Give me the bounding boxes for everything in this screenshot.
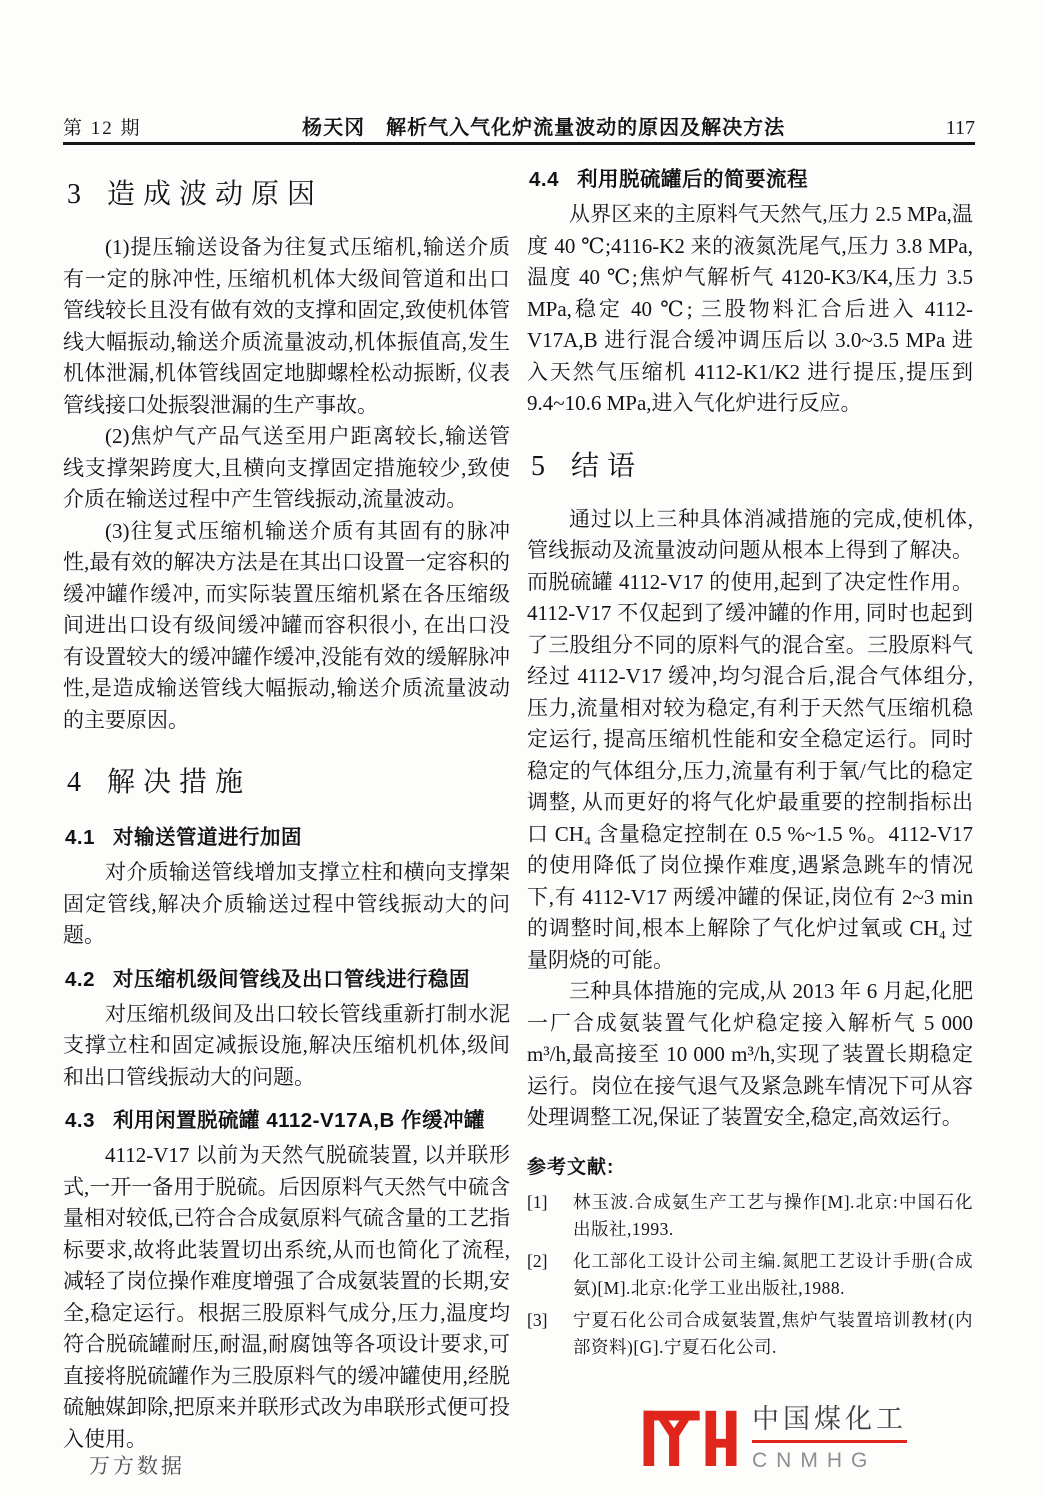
logo-cn-name: 中国煤化工 xyxy=(752,1397,907,1440)
header-rule xyxy=(63,142,975,145)
page-header: 第 12 期 杨天冈 解析气入气化炉流量波动的原因及解决方法 117 xyxy=(63,111,975,140)
subsection-number: 4.2 xyxy=(65,968,95,992)
subsection-number: 4.4 xyxy=(529,168,559,192)
section-title: 造成波动原因 xyxy=(107,172,323,212)
reference-marker: [3] xyxy=(527,1307,573,1361)
section-number: 3 xyxy=(67,179,81,211)
subsection-4-2-heading: 4.2 对压缩机级间管线及出口管线进行稳固 xyxy=(65,962,510,992)
cnmhg-logo-text: 中国煤化工 CNMHG xyxy=(752,1397,907,1473)
right-column: 4.4 利用脱硫罐后的简要流程 从界区来的主原料气天然气,压力 2.5 MPa,… xyxy=(527,158,973,1473)
paragraph: 4112-V17 以前为天然气脱硫装置, 以并联形式,一开一备用于脱硫。后因原料… xyxy=(63,1140,510,1455)
section-number: 4 xyxy=(67,767,81,799)
reference-text: 宁夏石化公司合成氨装置,焦炉气装置培训教材(内部资料)[G].宁夏石化公司. xyxy=(573,1307,973,1361)
subsection-number: 4.1 xyxy=(65,826,95,850)
reference-text: 林玉波.合成氨生产工艺与操作[M].北京:中国石化出版社,1993. xyxy=(573,1189,973,1243)
section-4-heading: 4 解决措施 xyxy=(67,760,510,800)
section-3-heading: 3 造成波动原因 xyxy=(67,172,510,212)
reference-marker: [1] xyxy=(527,1189,573,1243)
references-heading: 参考文献: xyxy=(527,1152,973,1179)
paragraph: (3)往复式压缩机输送介质有其固有的脉冲性,最有效的解决方法是在其出口设置一定容… xyxy=(63,516,510,737)
paragraph: (2)焦炉气产品气送至用户距离较长,输送管线支撑架跨度大,且横向支撑固定措施较少… xyxy=(63,421,510,516)
cnmhg-logo: 中国煤化工 CNMHG xyxy=(643,1397,907,1473)
logo-en-name: CNMHG xyxy=(752,1449,907,1473)
subsection-title: 利用脱硫罐后的简要流程 xyxy=(577,162,808,192)
left-column: 3 造成波动原因 (1)提压输送设备为往复式压缩机,输送介质有一定的脉冲性, 压… xyxy=(63,158,510,1455)
logo-underline xyxy=(752,1440,907,1443)
reference-item: [3] 宁夏石化公司合成氨装置,焦炉气装置培训教材(内部资料)[G].宁夏石化公… xyxy=(527,1307,973,1361)
subsection-title: 对压缩机级间管线及出口管线进行稳固 xyxy=(113,962,470,992)
reference-item: [1] 林玉波.合成氨生产工艺与操作[M].北京:中国石化出版社,1993. xyxy=(527,1189,973,1243)
section-5-heading: 5 结语 xyxy=(531,444,973,484)
paragraph: 通过以上三种具体消减措施的完成,使机体,管线振动及流量波动问题从根本上得到了解决… xyxy=(527,504,973,977)
cnmhg-logo-icon xyxy=(643,1404,737,1466)
section-title: 结语 xyxy=(571,444,643,484)
subsection-4-1-heading: 4.1 对输送管道进行加固 xyxy=(65,820,510,850)
paragraph: 三种具体措施的完成,从 2013 年 6 月起,化肥一厂合成氨装置气化炉稳定接入… xyxy=(527,976,973,1134)
paragraph: 对介质输送管线增加支撑立柱和横向支撑架固定管线,解决介质输送过程中管线振动大的问… xyxy=(63,857,510,952)
subsection-4-3-heading: 4.3 利用闲置脱硫罐 4112-V17A,B 作缓冲罐 xyxy=(65,1103,510,1133)
running-title: 杨天冈 解析气入气化炉流量波动的原因及解决方法 xyxy=(142,111,946,140)
subsection-4-4-heading: 4.4 利用脱硫罐后的简要流程 xyxy=(529,162,973,192)
subsection-number: 4.3 xyxy=(65,1109,95,1133)
reference-item: [2] 化工部化工设计公司主编.氮肥工艺设计手册(合成氨)[M].北京:化学工业… xyxy=(527,1248,973,1302)
references-section: 参考文献: [1] 林玉波.合成氨生产工艺与操作[M].北京:中国石化出版社,1… xyxy=(527,1152,973,1361)
subsection-title: 利用闲置脱硫罐 4112-V17A,B 作缓冲罐 xyxy=(113,1103,485,1133)
subsection-title: 对输送管道进行加固 xyxy=(113,820,302,850)
section-number: 5 xyxy=(531,451,545,483)
wanfang-watermark: 万方数据 xyxy=(89,1450,185,1480)
issue-label: 第 12 期 xyxy=(63,113,142,140)
paragraph: 从界区来的主原料气天然气,压力 2.5 MPa,温度 40 ℃;4116-K2 … xyxy=(527,199,973,420)
paragraph: 对压缩机级间及出口较长管线重新打制水泥支撑立柱和固定减振设施,解决压缩机机体,级… xyxy=(63,999,510,1094)
reference-text: 化工部化工设计公司主编.氮肥工艺设计手册(合成氨)[M].北京:化学工业出版社,… xyxy=(573,1248,973,1302)
page-number: 117 xyxy=(946,117,975,140)
reference-marker: [2] xyxy=(527,1248,573,1302)
journal-page: 第 12 期 杨天冈 解析气入气化炉流量波动的原因及解决方法 117 3 造成波… xyxy=(0,0,1046,1496)
section-title: 解决措施 xyxy=(107,760,251,800)
paragraph: (1)提压输送设备为往复式压缩机,输送介质有一定的脉冲性, 压缩机机体大级间管道… xyxy=(63,232,510,421)
